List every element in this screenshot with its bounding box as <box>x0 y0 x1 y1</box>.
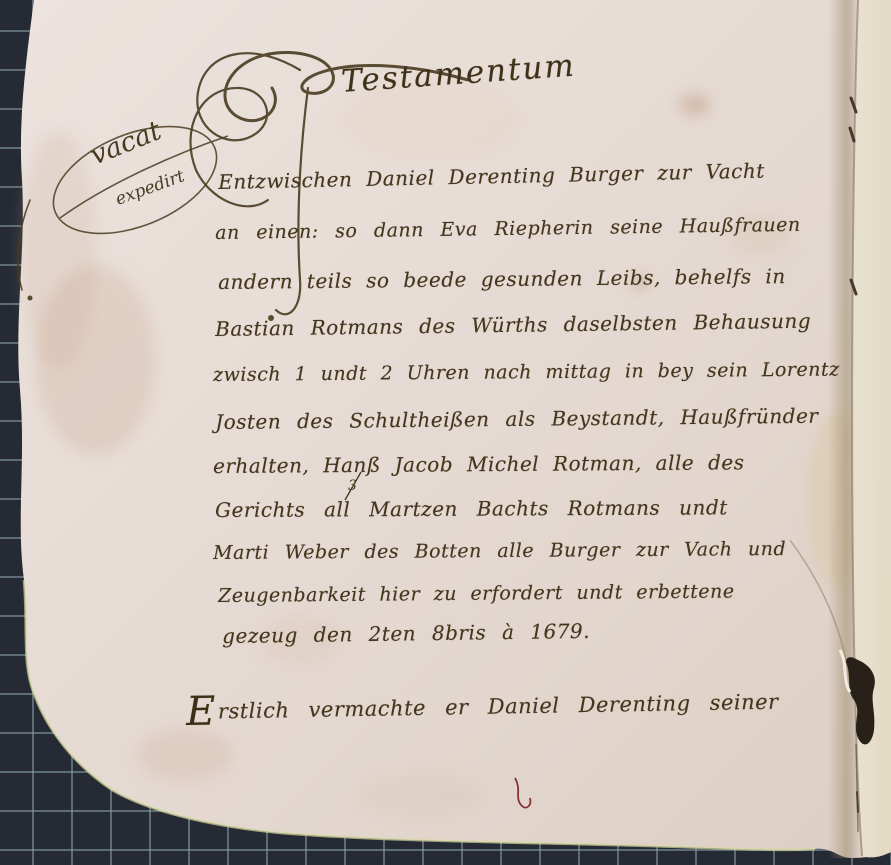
body-line: erhalten, Hanß Jacob Michel Rotman, alle… <box>213 450 745 478</box>
body-line: Zeugenbarkeit hier zu erfordert undt erb… <box>218 580 735 607</box>
date-line: gezeug den 2ten 8bris à 1679. <box>222 619 590 648</box>
body-line: Gerichts all Martzen Bachts Rotmans undt <box>215 495 728 522</box>
body-line: Marti Weber des Botten alle Burger zur V… <box>213 538 786 564</box>
manuscript-svg: vacat expedirt 3 <box>0 0 891 865</box>
manuscript-photo: vacat expedirt 3 Testamentum Entzwischen… <box>0 0 891 865</box>
closing-initial: E <box>186 688 217 735</box>
